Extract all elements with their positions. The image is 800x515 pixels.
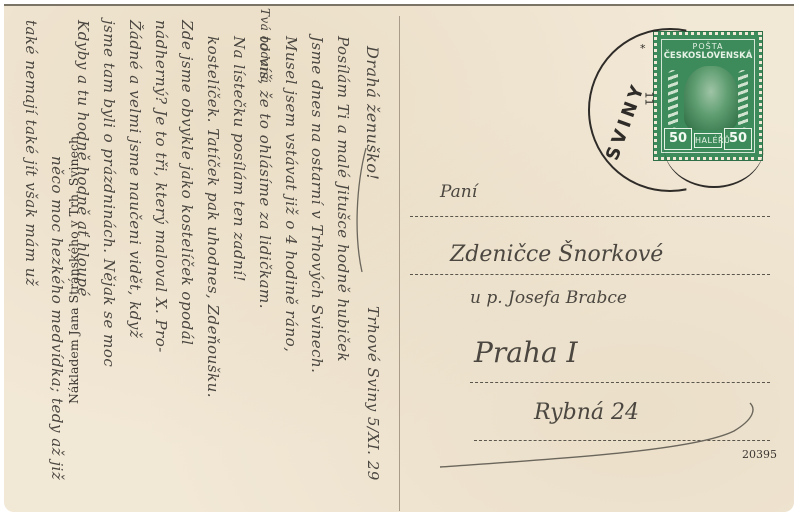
postcard-back: Nákladem Jana Stránského v Trh. Svinech.… [4, 4, 794, 512]
message-signoff: Tvá oddaná [258, 8, 272, 83]
postmark-arc [664, 106, 764, 188]
underline-swash-icon [434, 401, 764, 471]
message-line: Posílám Ti a malé Jitušce hodně hubiček [334, 36, 352, 362]
address-city: Praha I [474, 336, 578, 369]
postmark-star: * [640, 42, 646, 55]
message-line: také nemají také jít však mám už [22, 20, 40, 286]
message-line: kostelíček. Tatíček pak uhodnes, Zdeňouš… [204, 36, 222, 398]
greeting-swash-icon [352, 146, 372, 276]
message-line: jsme tam byli o prázdninách. Nějak se mo… [100, 20, 118, 367]
address-line [410, 274, 770, 275]
address-name: Zdeničce Šnorkové [450, 242, 663, 267]
message-place-date: Trhové Sviny 5/XI. 29 [364, 306, 382, 481]
message-line: Na lístečku posílám ten zadní! [230, 36, 248, 282]
address-salutation: Paní [440, 182, 477, 202]
message-line: Musel jsem vstávat již o 4 hodině ráno, [282, 36, 300, 352]
message-line: Zde jsme obvykle jako kostelíček opodál [178, 20, 196, 345]
address-care-of: u p. Josefa Brabce [470, 288, 627, 308]
message-line: Kdyby a tu hodně hodně ať hloupé [74, 20, 92, 297]
message-line: Jsme dnes na ostarní v Trhových Svinech. [308, 36, 326, 373]
message-line: něco moc hezkého medvídka; tedy až již [48, 156, 66, 480]
center-divider [399, 16, 400, 511]
address-line [410, 216, 770, 217]
message-line: nádherný? Je to tři, který maloval X. Pr… [152, 20, 170, 353]
serial-number: 20395 [742, 448, 777, 461]
message-line: Žádné a velmi jsme naučeni vidět, když [126, 20, 144, 338]
address-line [470, 382, 770, 383]
postmark-number: 11 [643, 92, 656, 106]
